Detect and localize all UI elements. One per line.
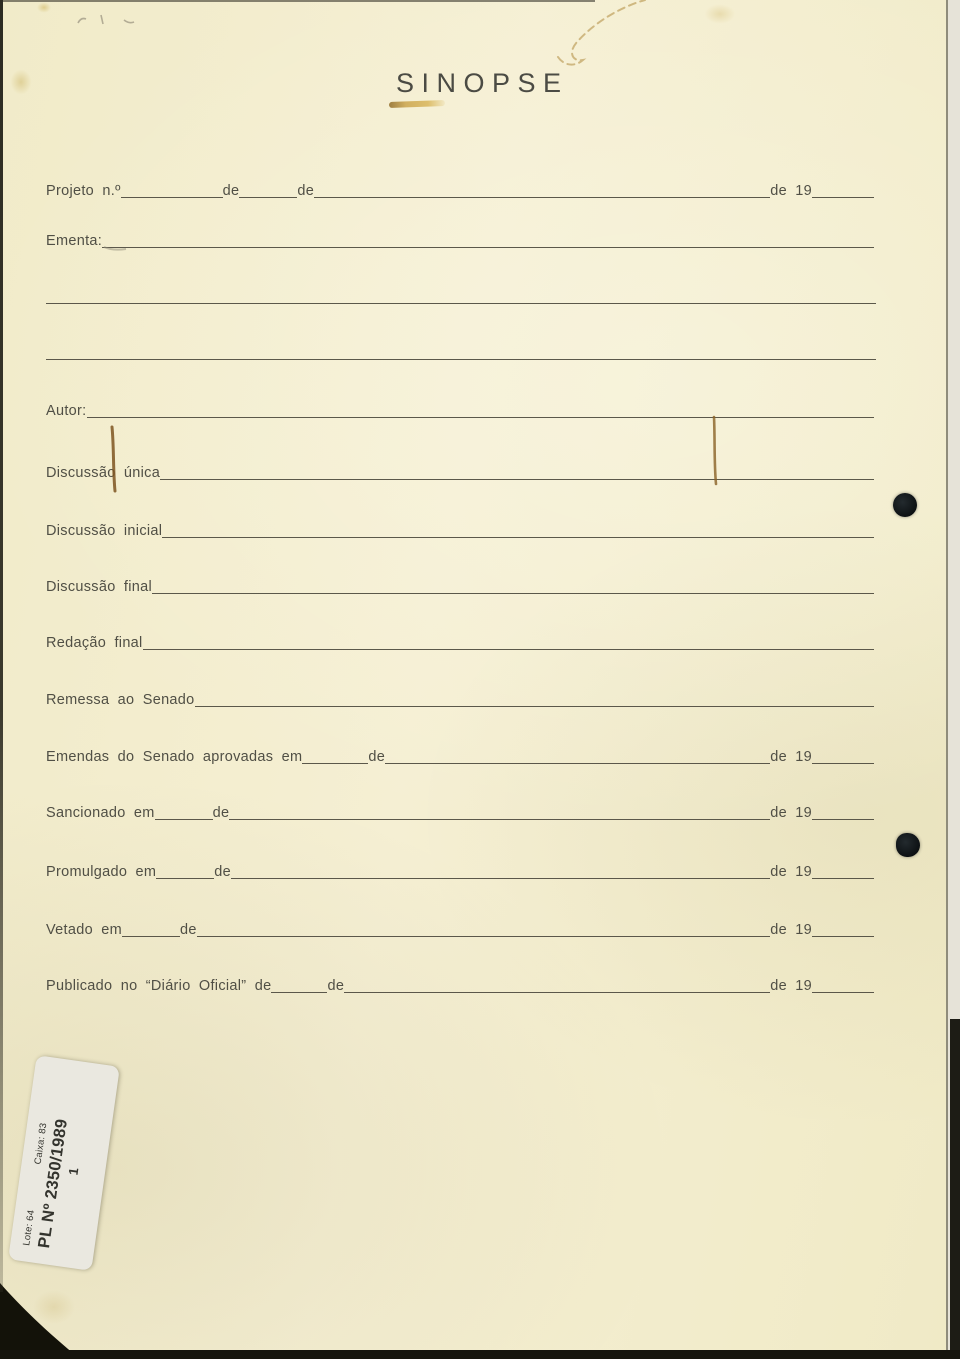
blank-line	[195, 706, 874, 707]
field-promulgado: Promulgado em de de 19	[46, 857, 874, 879]
field-vetado: Vetado em de de 19	[46, 915, 874, 937]
blank-line	[231, 878, 770, 879]
connector-de: de	[223, 183, 240, 199]
field-label-redacao-final: Redação final	[46, 635, 143, 651]
scan-edge-top	[0, 0, 595, 2]
scan-edge-left	[0, 0, 3, 1292]
blank-line	[229, 819, 770, 820]
blank-line	[812, 763, 874, 764]
connector-de: de	[180, 922, 197, 938]
blank-line	[155, 819, 213, 820]
blank-line	[385, 763, 770, 764]
connector-de: de	[327, 978, 344, 994]
connector-de19: de 19	[770, 978, 812, 994]
field-publicado: Publicado no “Diário Oficial” de de de 1…	[46, 971, 874, 993]
punch-hole-top	[893, 493, 917, 517]
blank-line	[121, 197, 223, 198]
blank-line	[160, 479, 874, 480]
blank-line	[87, 417, 875, 418]
blank-line	[812, 878, 874, 879]
field-label-publicado: Publicado no “Diário Oficial” de	[46, 978, 271, 994]
field-label-sancionado: Sancionado em	[46, 805, 155, 821]
blank-line	[239, 197, 297, 198]
blank-line	[271, 992, 327, 993]
connector-de: de	[213, 805, 230, 821]
blank-line	[152, 593, 874, 594]
field-discussao-final: Discussão final	[46, 572, 874, 594]
field-label-ementa: Ementa:	[46, 233, 102, 249]
scanned-document-page: SINOPSE Projeto n.º de de de 19 Ementa: …	[0, 0, 960, 1359]
connector-de19: de 19	[770, 183, 812, 199]
connector-de: de	[297, 183, 314, 199]
field-discussao-inicial: Discussão inicial	[46, 516, 874, 538]
blank-line	[812, 819, 874, 820]
field-label-projeto: Projeto n.º	[46, 183, 121, 199]
document-title: SINOPSE	[396, 68, 569, 99]
blank-line	[812, 197, 874, 198]
field-remessa-senado: Remessa ao Senado	[46, 685, 874, 707]
field-label-emendas-senado: Emendas do Senado aprovadas em	[46, 749, 302, 765]
blank-line	[46, 303, 876, 304]
blank-line	[344, 992, 770, 993]
field-autor: Autor:	[46, 396, 874, 418]
field-label-remessa-senado: Remessa ao Senado	[46, 692, 195, 708]
sticker-lote-label: Lote: 64	[21, 1209, 37, 1246]
blank-line	[102, 247, 874, 248]
connector-de: de	[214, 864, 231, 880]
connector-de19: de 19	[770, 922, 812, 938]
scan-edge-right-dark	[950, 1019, 960, 1359]
blank-line	[143, 649, 874, 650]
connector-de19: de 19	[770, 864, 812, 880]
blank-line	[156, 878, 214, 879]
field-label-discussao-final: Discussão final	[46, 579, 152, 595]
paper-background	[0, 0, 960, 1359]
field-projeto: Projeto n.º de de de 19	[46, 176, 874, 198]
blank-line	[302, 763, 368, 764]
field-label-promulgado: Promulgado em	[46, 864, 156, 880]
punch-hole-bottom	[896, 833, 920, 857]
field-label-autor: Autor:	[46, 403, 87, 419]
field-sancionado: Sancionado em de de 19	[46, 798, 874, 820]
field-label-discussao-unica: Discussão única	[46, 465, 160, 481]
field-label-discussao-inicial: Discussão inicial	[46, 523, 162, 539]
field-discussao-unica: Discussão única	[46, 458, 874, 480]
connector-de: de	[368, 749, 385, 765]
blank-line	[122, 936, 180, 937]
blank-line	[197, 936, 770, 937]
blank-line	[46, 359, 876, 360]
blank-line	[314, 197, 770, 198]
blank-line	[812, 992, 874, 993]
field-label-vetado: Vetado em	[46, 922, 122, 938]
connector-de19: de 19	[770, 805, 812, 821]
connector-de19: de 19	[770, 749, 812, 765]
field-emendas-senado: Emendas do Senado aprovadas em de de 19	[46, 742, 874, 764]
scan-edge-bottom	[0, 1350, 960, 1359]
blank-line	[162, 537, 874, 538]
blank-line	[812, 936, 874, 937]
field-ementa: Ementa:	[46, 226, 874, 248]
field-redacao-final: Redação final	[46, 628, 874, 650]
